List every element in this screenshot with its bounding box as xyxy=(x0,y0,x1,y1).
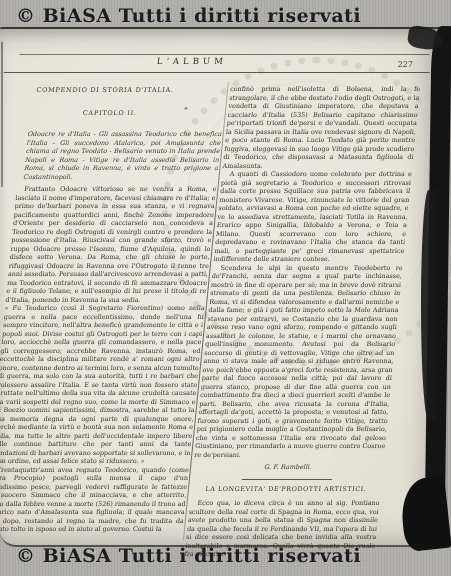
scanned-journal-page: { "watermark": { "top": "© BiASA Tutti i… xyxy=(0,0,451,576)
article2-title: LA LONGEVITA' DE'PRODOTTI ARTISTICI. xyxy=(190,486,381,495)
header-rule-bottom xyxy=(4,72,430,73)
paragraph-quote: « Fu Teodorico (così il Segretario Fiore… xyxy=(0,304,205,466)
article-title: COMPENDIO DI STORIA D'ITALIA. xyxy=(5,86,206,94)
paragraph: A quanti di Cassiodoro uomo celebrato pe… xyxy=(213,170,412,264)
paragraph: Trentaquattr'anni avea regnato Teodorico… xyxy=(0,466,189,534)
author-signature: G. F. Rambelli. xyxy=(193,463,384,472)
paragraph: confinò prima nell'isoletta di Bolsena, … xyxy=(222,85,420,170)
watermark-bottom: © BiASA Tutti i diritti riservati xyxy=(16,545,446,567)
paragraph: Frattanto Odoacre vittorioso se ne veniv… xyxy=(5,185,217,304)
article-separator-rule xyxy=(242,479,332,480)
header-rule-top xyxy=(20,54,430,55)
masthead-title: L'ALBUM xyxy=(116,57,267,67)
page-number: 227 xyxy=(397,60,413,69)
paragraph: Scendeva le alpi in questo mentre Teodeb… xyxy=(194,264,403,460)
watermark-top: © BiASA Tutti i diritti riservati xyxy=(16,5,446,27)
printed-content: L'ALBUM 227 COMPENDIO DI STORIA D'ITALIA… xyxy=(0,50,451,550)
chapter-heading: CAPITOLO II. xyxy=(9,109,210,117)
scan-edge-right-mid xyxy=(421,190,436,420)
scan-edge-left xyxy=(1,42,3,187)
chapter-summary: Odoacre re d'Italia - Gli assassina Teod… xyxy=(17,130,222,181)
ink-mark: * xyxy=(184,106,188,114)
